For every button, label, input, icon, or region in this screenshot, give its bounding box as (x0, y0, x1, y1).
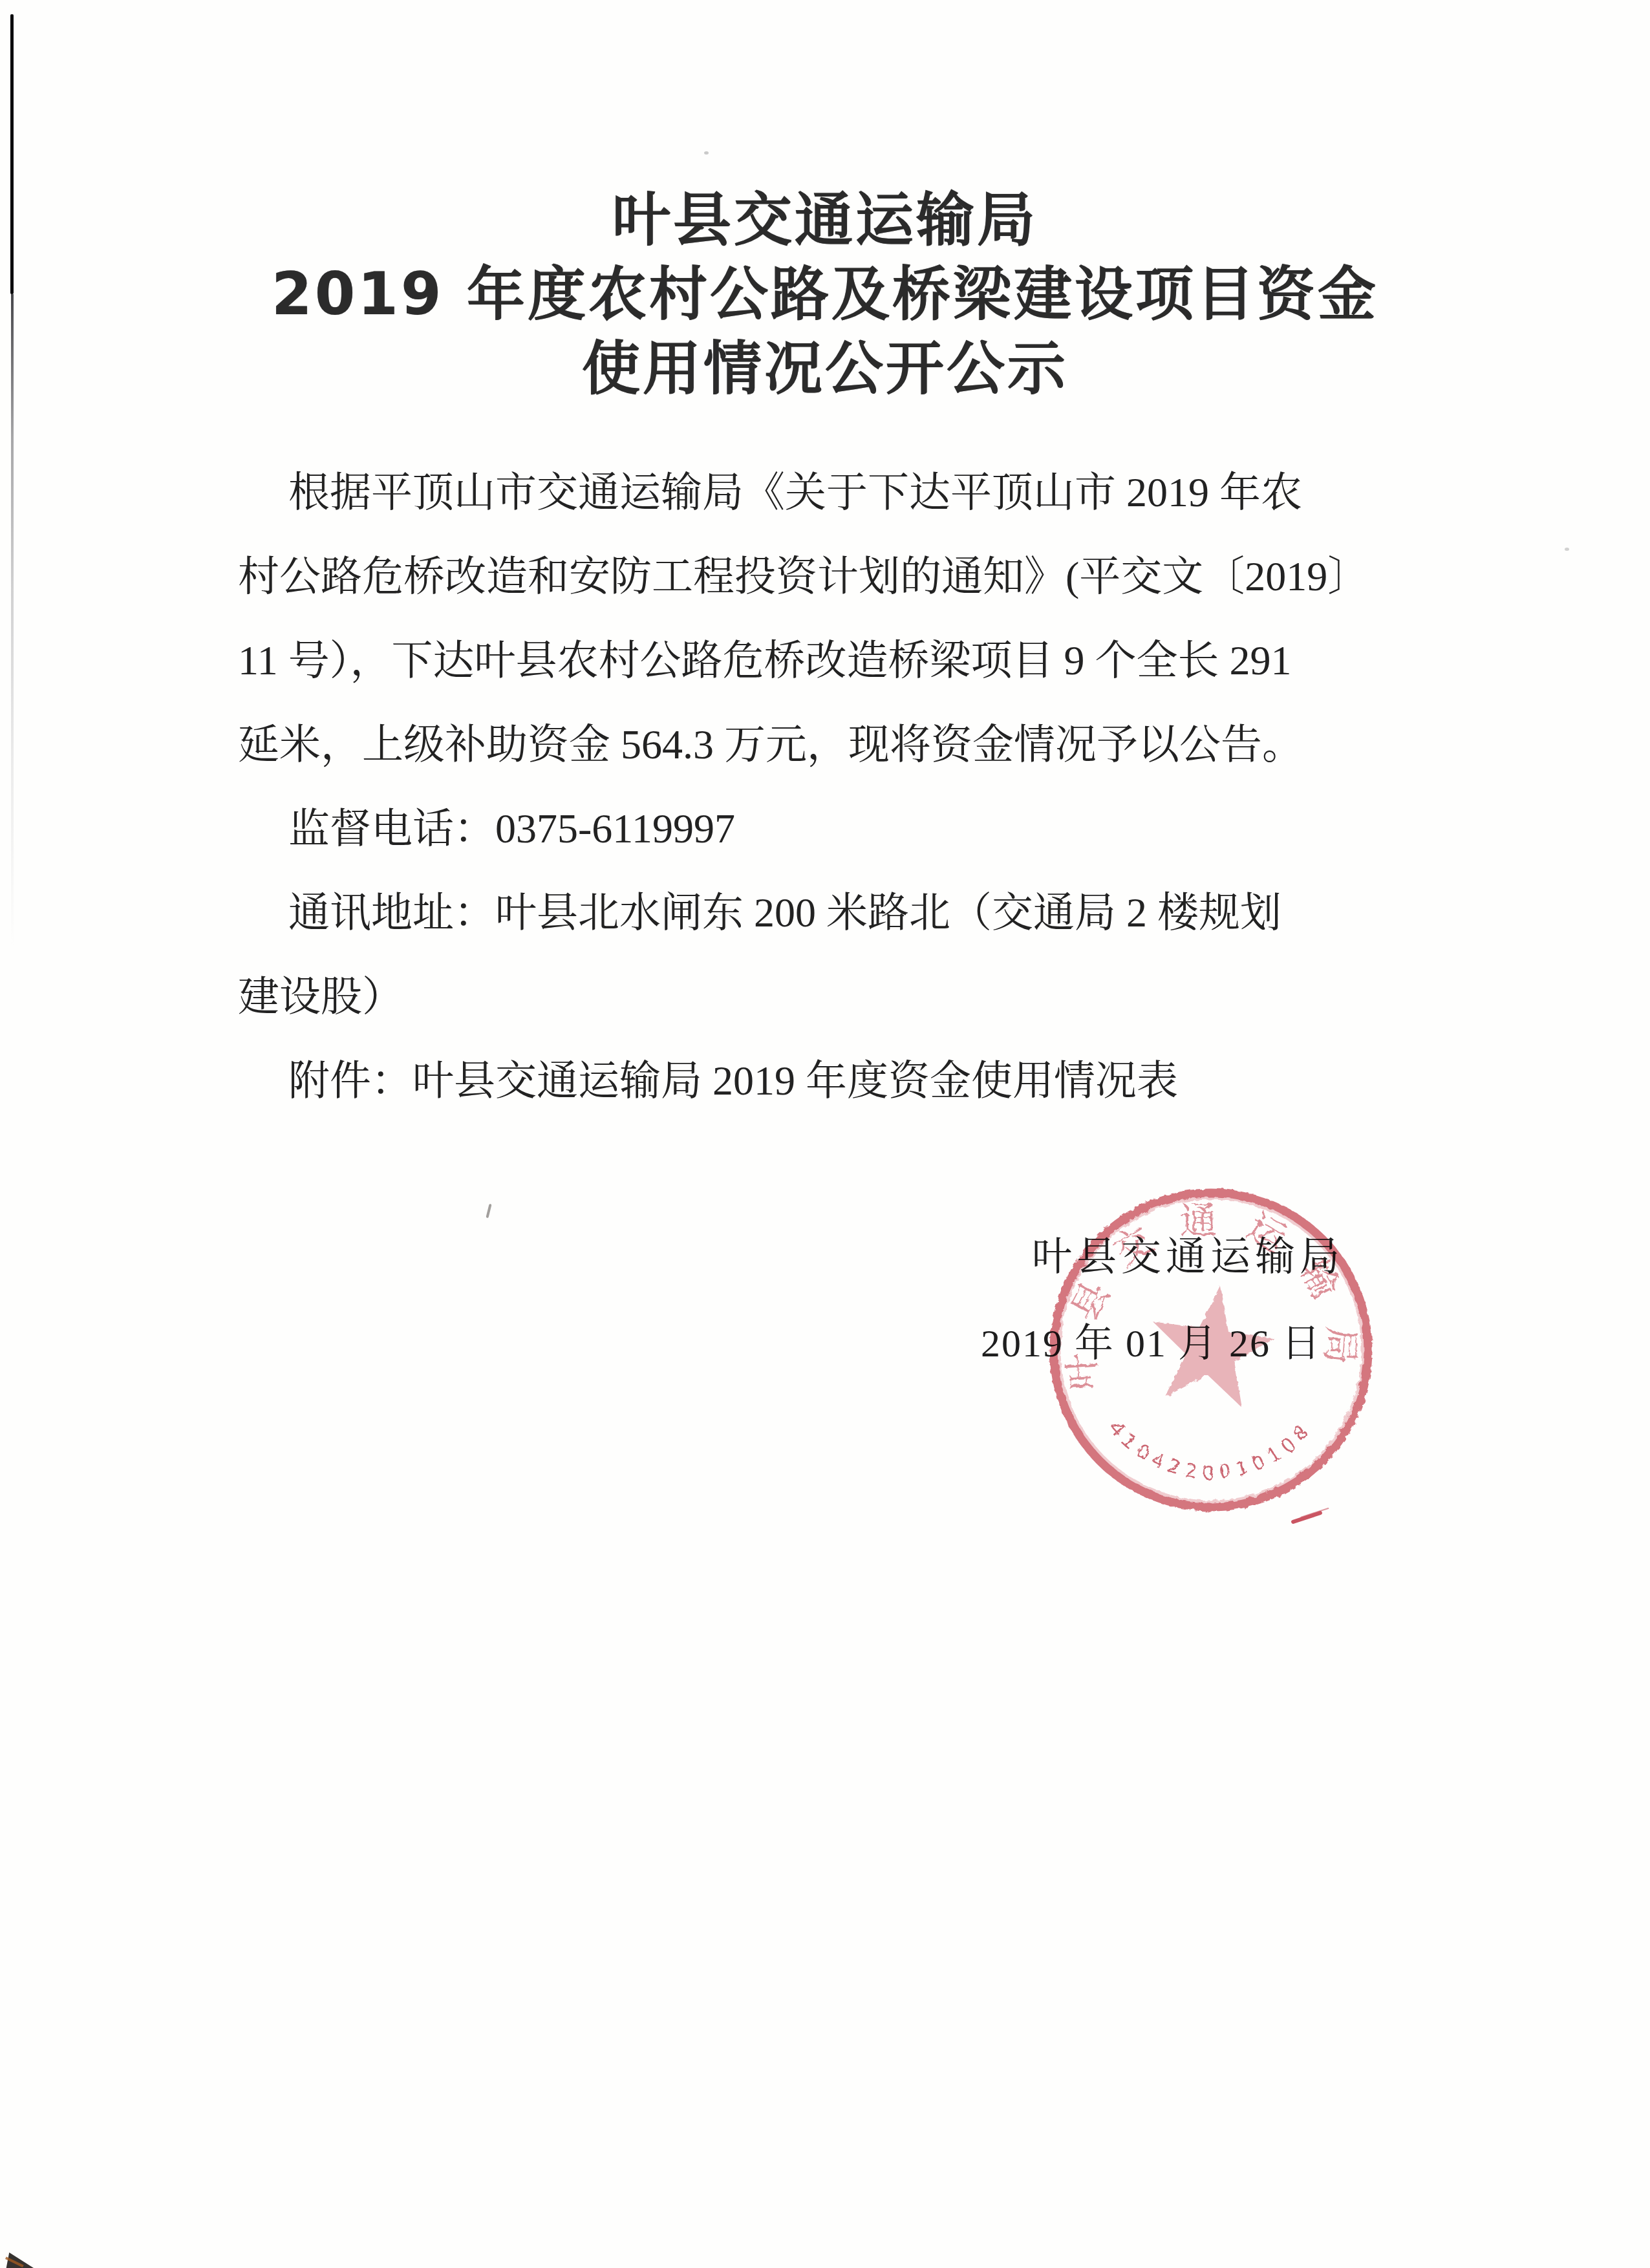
body-line: 11 号），下达叶县农村公路危桥改造桥梁项目 9 个全长 291 (238, 619, 1395, 703)
official-seal: 叶县交通运输局 4104220010108 (1043, 1182, 1379, 1518)
scan-speck (1565, 548, 1569, 551)
body-line: 根据平顶山市交通运输局《关于下达平顶山市 2019 年农 (238, 451, 1395, 535)
body-line-supervision-phone: 监督电话：0375-6119997 (238, 787, 1395, 871)
body-line-address: 通讯地址：叶县北水闸东 200 米路北（交通局 2 楼规划 (238, 871, 1395, 955)
body-line-address-cont: 建设股） (238, 955, 1395, 1039)
title-line-2: 2019 年度农村公路及桥梁建设项目资金 (0, 257, 1650, 332)
seal-code-arc-textpath: 4104220010108 (1104, 1417, 1318, 1484)
body-line: 延米，上级补助资金 564.3 万元，现将资金情况予以公告。 (238, 703, 1395, 787)
seal-star-icon (1153, 1286, 1274, 1407)
title-line-3: 使用情况公开公示 (0, 332, 1650, 406)
body-line: 村公路危桥改造和安防工程投资计划的通知》(平交文〔2019〕 (238, 535, 1395, 619)
scanned-document-page: 叶县交通运输局 2019 年度农村公路及桥梁建设项目资金 使用情况公开公示 根据… (0, 0, 1650, 2268)
title-line-1: 叶县交通运输局 (0, 183, 1650, 257)
scan-speck (486, 1204, 491, 1218)
body-line-attachment: 附件：叶县交通运输局 2019 年度资金使用情况表 (238, 1039, 1395, 1123)
document-body: 根据平顶山市交通运输局《关于下达平顶山市 2019 年农 村公路危桥改造和安防工… (238, 451, 1395, 1123)
scan-speck (704, 151, 709, 155)
seal-code-arc-text: 4104220010108 (1104, 1417, 1318, 1484)
document-title: 叶县交通运输局 2019 年度农村公路及桥梁建设项目资金 使用情况公开公示 (0, 183, 1650, 406)
